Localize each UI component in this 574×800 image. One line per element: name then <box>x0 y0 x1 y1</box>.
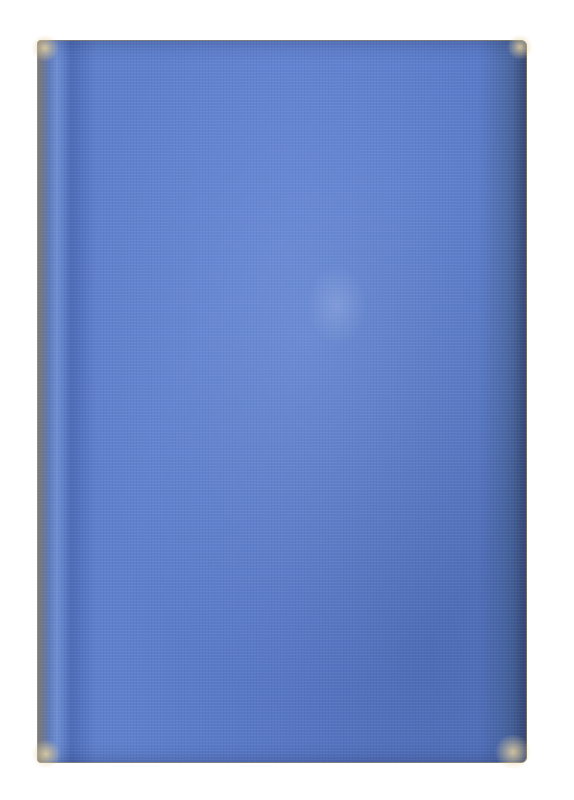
corner-wear-top-left <box>31 34 59 62</box>
book-cover <box>37 40 527 763</box>
cloth-texture <box>37 40 527 763</box>
corner-wear-bottom-right <box>493 735 533 769</box>
corner-wear-top-right <box>507 34 533 60</box>
corner-wear-bottom-left <box>31 739 61 769</box>
cover-scuff-mark <box>307 265 367 345</box>
spine-edge <box>37 40 67 763</box>
